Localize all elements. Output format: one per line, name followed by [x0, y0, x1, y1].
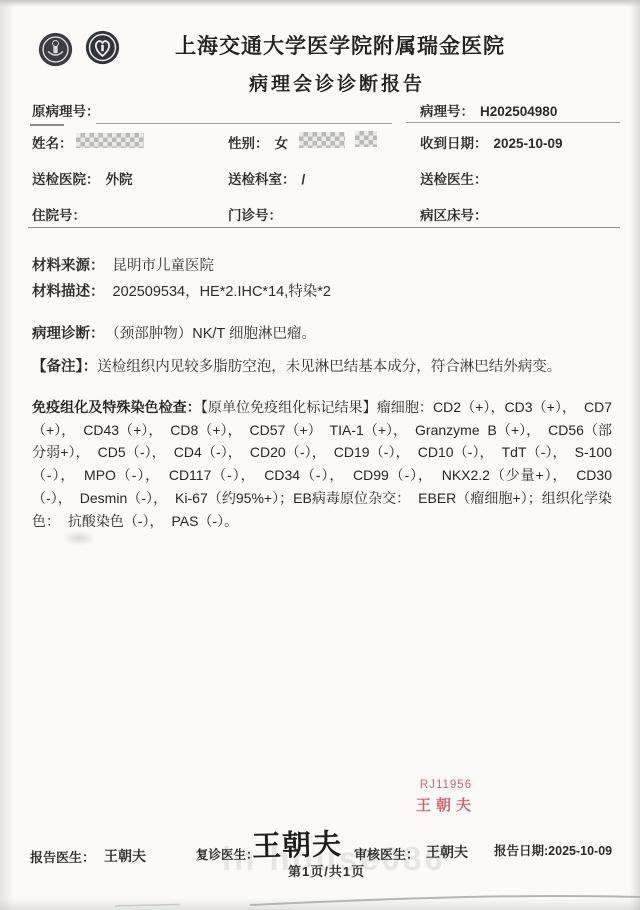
- doctor-stamp: RJ11956 王朝夫: [398, 779, 494, 815]
- ward-bed-label: 病区床号：: [420, 208, 488, 223]
- pathology-no-label: 病理号：: [420, 104, 474, 119]
- send-hospital-field: 送检医院：外院: [32, 168, 133, 188]
- stamp-code: RJ11956: [398, 779, 494, 791]
- underline-mark: [30, 124, 64, 126]
- audit-doctor-name: 王朝夫: [426, 842, 468, 862]
- ihc-paragraph: 免疫组化及特殊染色检查：【原单位免疫组化标记结果】瘤细胞：CD2（+），CD3（…: [32, 396, 612, 532]
- diagnosis-row: 病理诊断：（颈部肿物）NK/T 细胞淋巴瘤。: [32, 322, 316, 343]
- paper-bottom-edge: [0, 888, 640, 910]
- pathology-no-underline: [406, 122, 620, 123]
- report-date-field: 报告日期:2025-10-09: [494, 841, 612, 859]
- inpatient-no-label: 住院号：: [32, 208, 86, 223]
- report-title: 病理会诊诊断报告: [130, 69, 544, 96]
- received-date-value: 2025-10-09: [494, 136, 563, 151]
- orig-pathology-no-label: 原病理号：: [32, 104, 100, 119]
- material-desc-value: 202509534，HE*2.IHC*14,特染*2: [113, 284, 331, 300]
- material-desc-label: 材料描述：: [32, 284, 105, 300]
- material-source-label: 材料来源：: [32, 258, 105, 274]
- report-doctor-label: 报告医生：: [30, 847, 95, 866]
- ward-bed-field: 病区床号：: [420, 204, 494, 224]
- paper-smudge: [62, 530, 96, 546]
- material-desc-row: 材料描述：202509534，HE*2.IHC*14,特染*2: [32, 280, 331, 301]
- send-doctor-field: 送检医生：: [420, 168, 494, 188]
- outpatient-no-field: 门诊号：: [228, 204, 288, 224]
- note-label: 【备注】：: [32, 359, 97, 375]
- send-dept-label: 送检科室：: [228, 172, 296, 187]
- pathology-report-page: 上海交通大学医学院附属瑞金医院 病理会诊诊断报告 原病理号： 病理号：H2025…: [0, 0, 640, 910]
- send-hospital-label: 送检医院：: [32, 172, 100, 187]
- report-date-value: 2025-10-09: [548, 844, 612, 858]
- ihc-text: 【原单位免疫组化标记结果】瘤细胞：CD2（+），CD3（+）， CD7（+）， …: [32, 399, 612, 529]
- material-source-row: 材料来源：昆明市儿童医院: [32, 254, 214, 275]
- report-date-label: 报告日期:: [494, 844, 548, 858]
- hospital-name-title: 上海交通大学医学院附属瑞金医院: [130, 30, 550, 60]
- send-dept-field: 送检科室：/: [228, 168, 305, 188]
- material-source-value: 昆明市儿童医院: [113, 258, 215, 274]
- send-dept-value: /: [302, 172, 306, 187]
- pathology-no-field: 病理号：H202504980: [420, 100, 557, 120]
- received-date-label: 收到日期：: [420, 136, 488, 151]
- patient-name-field: 姓名：: [32, 132, 73, 152]
- section-divider: [28, 227, 620, 228]
- diagnosis-label: 病理诊断：: [32, 326, 105, 342]
- report-doctor-name: 王朝夫: [104, 846, 146, 866]
- pathology-no-value: H202504980: [480, 104, 557, 119]
- send-hospital-value: 外院: [106, 172, 133, 187]
- gender-field: 性别：女: [228, 132, 288, 152]
- university-logo-icon: [37, 31, 74, 73]
- review-doctor-signature: 王朝夫: [251, 822, 342, 865]
- received-date-field: 收到日期：2025-10-09: [420, 132, 563, 152]
- ihc-label: 免疫组化及特殊染色检查：: [32, 399, 201, 415]
- note-text: 送检组织内见较多脂肪空泡，未见淋巴结基本成分，符合淋巴结外病变。: [97, 359, 561, 375]
- inpatient-no-field: 住院号：: [32, 204, 92, 224]
- redacted-patient-info-2: [355, 131, 377, 147]
- review-doctor-label: 复诊医生：: [196, 845, 259, 863]
- redacted-patient-info: [299, 132, 345, 148]
- note-row: 【备注】：送检组织内见较多脂肪空泡，未见淋巴结基本成分，符合淋巴结外病变。: [32, 355, 561, 376]
- send-doctor-label: 送检医生：: [420, 172, 488, 187]
- orig-pathology-no-field: 原病理号：: [32, 100, 100, 120]
- stamp-name: 王朝夫: [398, 794, 494, 815]
- gender-value: 女: [275, 136, 289, 151]
- diagnosis-text: （颈部肿物）NK/T 细胞淋巴瘤。: [113, 326, 317, 342]
- outpatient-no-label: 门诊号：: [228, 208, 282, 223]
- gender-label: 性别：: [228, 136, 269, 151]
- hospital-logo-icon: [84, 29, 121, 71]
- redacted-patient-name: [76, 133, 144, 148]
- orig-pathology-underline: [96, 123, 392, 124]
- page-indicator: 第1页/共1页: [288, 861, 365, 880]
- patient-name-label: 姓名：: [32, 136, 73, 151]
